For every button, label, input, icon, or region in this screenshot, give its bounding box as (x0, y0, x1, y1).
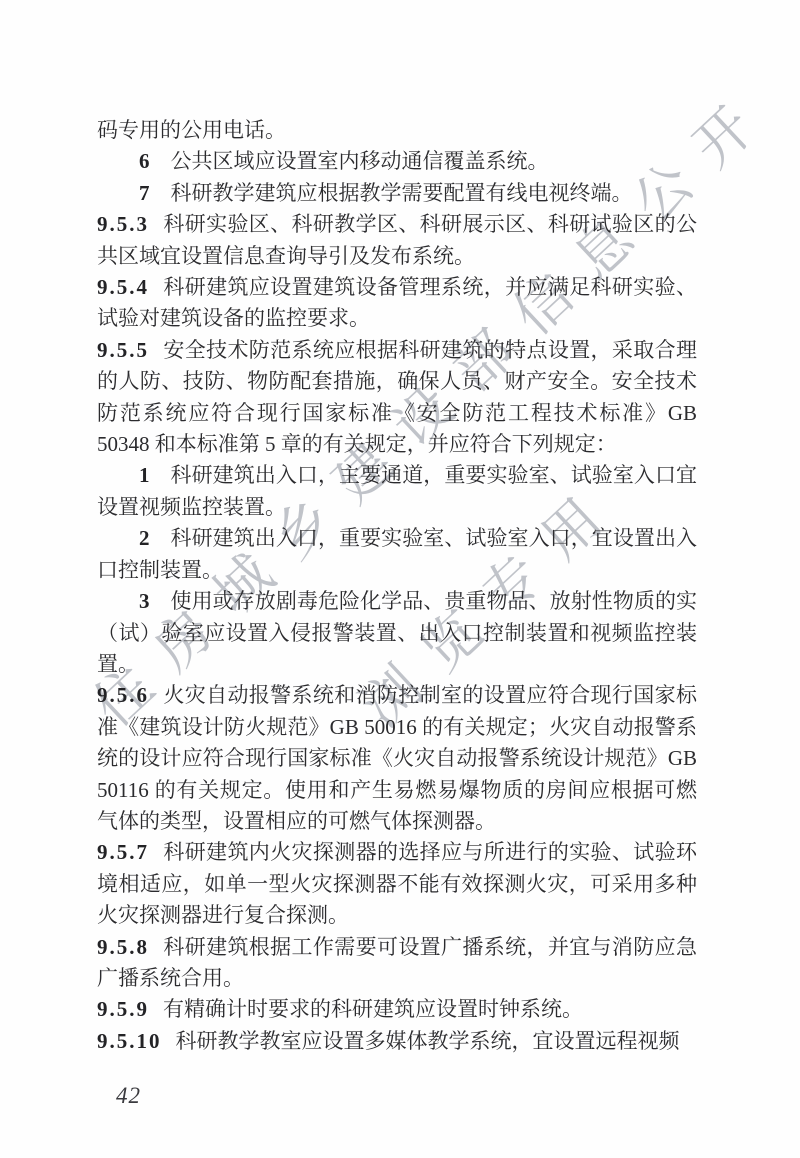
clause-text: 火灾自动报警系统和消防控制室的设置应符合现行国家标准《建筑设计防火规范》GB 5… (97, 683, 697, 833)
clause-number: 9.5.8 (97, 935, 149, 959)
section-paragraph: 9.5.5安全技术防范系统应根据科研建筑的特点设置，采取合理的人防、技防、物防配… (97, 335, 697, 461)
clause-text: 科研实验区、科研教学区、科研展示区、科研试验区的公共区域宜设置信息查询导引及发布… (97, 212, 697, 267)
clause-number: 9.5.10 (97, 1029, 162, 1053)
clause-text: 科研建筑应设置建筑设备管理系统，并应满足科研实验、试验对建筑设备的监控要求。 (97, 275, 697, 330)
clause-text: 科研建筑出入口，重要实验室、试验室入口，宜设置出入口控制装置。 (97, 526, 697, 581)
clause-item: 7科研教学建筑应根据教学需要配置有线电视终端。 (97, 178, 697, 209)
document-body: 码专用的公用电话。6公共区域应设置室内移动通信覆盖系统。7科研教学建筑应根据教学… (97, 115, 697, 1057)
clause-number: 9.5.3 (97, 212, 149, 236)
continuation-paragraph: 码专用的公用电话。 (97, 115, 697, 146)
clause-text: 科研建筑根据工作需要可设置广播系统，并宜与消防应急广播系统合用。 (97, 935, 697, 990)
clause-number: 7 (139, 181, 150, 205)
clause-text: 使用或存放剧毒危险化学品、贵重物品、放射性物质的实（试）验室应设置入侵报警装置、… (97, 589, 697, 676)
clause-text: 有精确计时要求的科研建筑应设置时钟系统。 (163, 997, 583, 1021)
section-paragraph: 9.5.9有精确计时要求的科研建筑应设置时钟系统。 (97, 994, 697, 1025)
clause-number: 3 (139, 589, 150, 613)
clause-number: 1 (139, 463, 150, 487)
clause-text: 科研建筑出入口，主要通道，重要实验室、试验室入口宜设置视频监控装置。 (97, 463, 697, 518)
section-paragraph: 9.5.7科研建筑内火灾探测器的选择应与所进行的实验、试验环境相适应，如单一型火… (97, 837, 697, 931)
clause-item: 6公共区域应设置室内移动通信覆盖系统。 (97, 146, 697, 177)
clause-text: 科研建筑内火灾探测器的选择应与所进行的实验、试验环境相适应，如单一型火灾探测器不… (97, 840, 697, 927)
clause-number: 9.5.4 (97, 275, 149, 299)
clause-text: 科研教学建筑应根据教学需要配置有线电视终端。 (171, 181, 633, 205)
clause-number: 6 (139, 149, 150, 173)
section-paragraph: 9.5.6火灾自动报警系统和消防控制室的设置应符合现行国家标准《建筑设计防火规范… (97, 680, 697, 837)
page-number: 42 (116, 1083, 141, 1109)
clause-item: 3使用或存放剧毒危险化学品、贵重物品、放射性物质的实（试）验室应设置入侵报警装置… (97, 586, 697, 680)
clause-text: 公共区域应设置室内移动通信覆盖系统。 (171, 149, 549, 173)
clause-item: 2科研建筑出入口，重要实验室、试验室入口，宜设置出入口控制装置。 (97, 523, 697, 586)
section-paragraph: 9.5.3科研实验区、科研教学区、科研展示区、科研试验区的公共区域宜设置信息查询… (97, 209, 697, 272)
clause-text: 安全技术防范系统应根据科研建筑的特点设置，采取合理的人防、技防、物防配套措施，确… (97, 338, 697, 456)
clause-number: 9.5.9 (97, 997, 149, 1021)
section-paragraph: 9.5.10科研教学教室应设置多媒体教学系统，宜设置远程视频 (97, 1026, 697, 1057)
clause-text: 码专用的公用电话。 (97, 118, 286, 142)
clause-number: 9.5.6 (97, 683, 149, 707)
clause-number: 9.5.7 (97, 840, 149, 864)
clause-number: 2 (139, 526, 150, 550)
clause-text: 科研教学教室应设置多媒体教学系统，宜设置远程视频 (176, 1029, 680, 1053)
clause-number: 9.5.5 (97, 338, 149, 362)
clause-item: 1科研建筑出入口，主要通道，重要实验室、试验室入口宜设置视频监控装置。 (97, 460, 697, 523)
section-paragraph: 9.5.4科研建筑应设置建筑设备管理系统，并应满足科研实验、试验对建筑设备的监控… (97, 272, 697, 335)
section-paragraph: 9.5.8科研建筑根据工作需要可设置广播系统，并宜与消防应急广播系统合用。 (97, 932, 697, 995)
document-page: 住房城乡建设部信息公开 浏览专用 码专用的公用电话。6公共区域应设置室内移动通信… (0, 0, 800, 1158)
